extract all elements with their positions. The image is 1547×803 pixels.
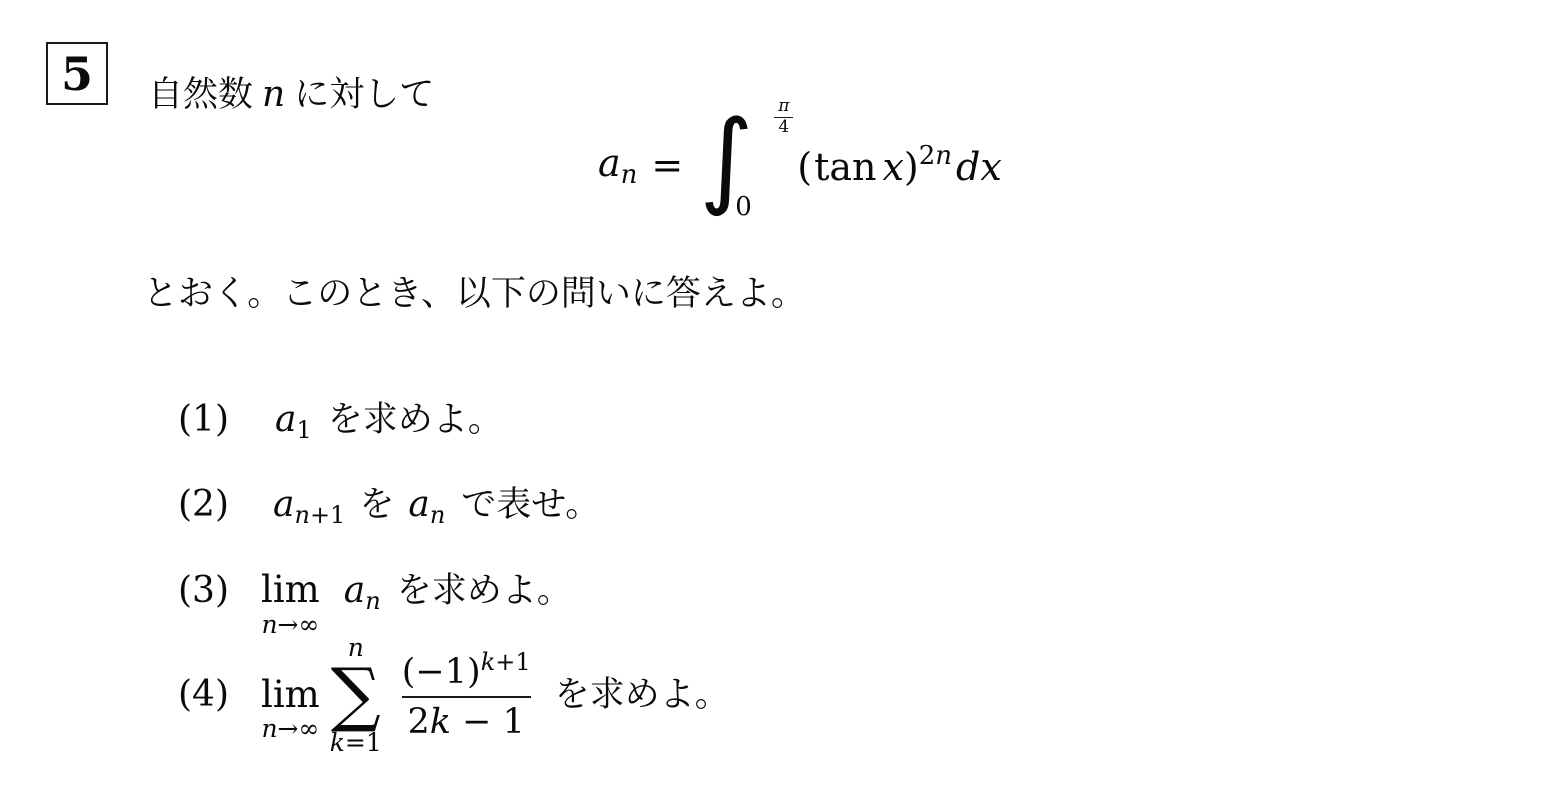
equals-sign: = [651,143,683,187]
term-a-n: an [408,483,445,530]
item-2-label: (2) [178,483,229,526]
question-item-3: (3) lim n→∞ an を求めよ。 [178,569,572,637]
pi-over-4-fraction: π 4 [774,97,793,137]
subscript-n: n [621,160,638,190]
var-a: a [408,484,429,525]
var-a: a [598,141,621,185]
equation-lhs: an [598,141,637,190]
tan-function: tan [814,145,876,189]
lim-subscript: n→∞ [261,612,319,637]
intro-variable-n: n [262,74,285,115]
numerator-exponent: k+1 [481,648,531,676]
lim-var-n: n [261,714,277,743]
exponent-2n: 2n [919,141,952,171]
exponent-coefficient: 2 [919,141,936,171]
math-problem-page: 5 自然数nに対して an = ∫ π 4 0 (tanx)2ndx とおく。こ… [0,0,1547,803]
intro-line: 自然数nに対して [148,67,434,117]
term-a-n-plus-1: an+1 [273,483,345,530]
den-var-k: k [430,702,451,742]
integrand: (tanx)2ndx [797,141,1002,189]
subscript-1: 1 [296,416,311,444]
exponent-variable: n [935,141,952,171]
summation-operator: n ∑ k=1 [330,635,382,755]
question-item-4: (4) lim n→∞ n ∑ k=1 (−1)k+1 2k − 1 を求めよ。 [178,634,730,756]
question-item-1: (1) a1 を求めよ。 [178,398,503,445]
middle-paragraph: とおく。このとき、以下の問いに答えよ。 [143,266,806,316]
subscript-var-n: n [294,501,309,529]
intro-text-pre: 自然数 [148,75,253,115]
item-2-particle: を [359,484,394,526]
item-1-label: (1) [178,398,229,441]
fraction: (−1)k+1 2k − 1 [396,648,537,743]
sum-lower-limit: k=1 [330,730,382,755]
definition-equation: an = ∫ π 4 0 (tanx)2ndx [598,100,1002,218]
var-x: x [882,145,903,189]
subscript-plus-1: +1 [310,501,345,529]
denominator-4: 4 [774,117,793,138]
lim-word: lim [261,570,320,611]
open-paren: ( [797,145,812,189]
exp-var-k: k [481,648,496,676]
sigma-icon: ∑ [331,663,381,726]
limit-operator: lim n→∞ [261,570,320,637]
differential-dx: dx [956,145,1002,189]
limit-operator: lim n→∞ [261,675,320,742]
item-2-text: で表せ。 [461,484,600,526]
lim-word: lim [261,675,320,716]
close-paren: ) [904,145,919,189]
den-minus-1: − 1 [451,702,525,742]
integral-upper-limit: π 4 [774,96,793,137]
pi-symbol: π [776,97,791,117]
item-4-label: (4) [178,673,229,716]
problem-number: 5 [61,47,93,101]
lim-subscript: n→∞ [261,716,319,741]
arrow-infinity: →∞ [278,714,320,743]
minus-one-parens: (−1) [402,652,481,692]
var-a: a [344,570,365,611]
fraction-numerator: (−1)k+1 [396,648,537,696]
item-4-text: を求めよ。 [555,674,730,716]
exp-plus-1: +1 [495,648,530,676]
var-a: a [273,484,294,525]
var-a: a [275,399,296,440]
item-1-text: を求めよ。 [328,399,503,441]
subscript-n-plus-1: n+1 [294,501,345,529]
term-a-n: an [344,569,381,616]
subscript-n: n [430,501,445,529]
question-item-2: (2) an+1 を an で表せ。 [178,483,600,530]
term-a-1: a1 [275,398,312,445]
subscript-n: n [365,587,380,615]
den-coefficient-2: 2 [408,702,430,742]
intro-text-post: に対して [294,75,434,115]
item-3-label: (3) [178,569,229,612]
problem-number-box: 5 [46,42,108,105]
fraction-denominator: 2k − 1 [402,696,531,743]
integral-with-limits: ∫ π 4 0 [697,100,793,218]
integral-lower-limit: 0 [735,194,752,220]
sum-var-k: k [330,728,345,757]
sum-equals-1: =1 [345,728,382,757]
item-3-text: を求めよ。 [397,570,572,612]
